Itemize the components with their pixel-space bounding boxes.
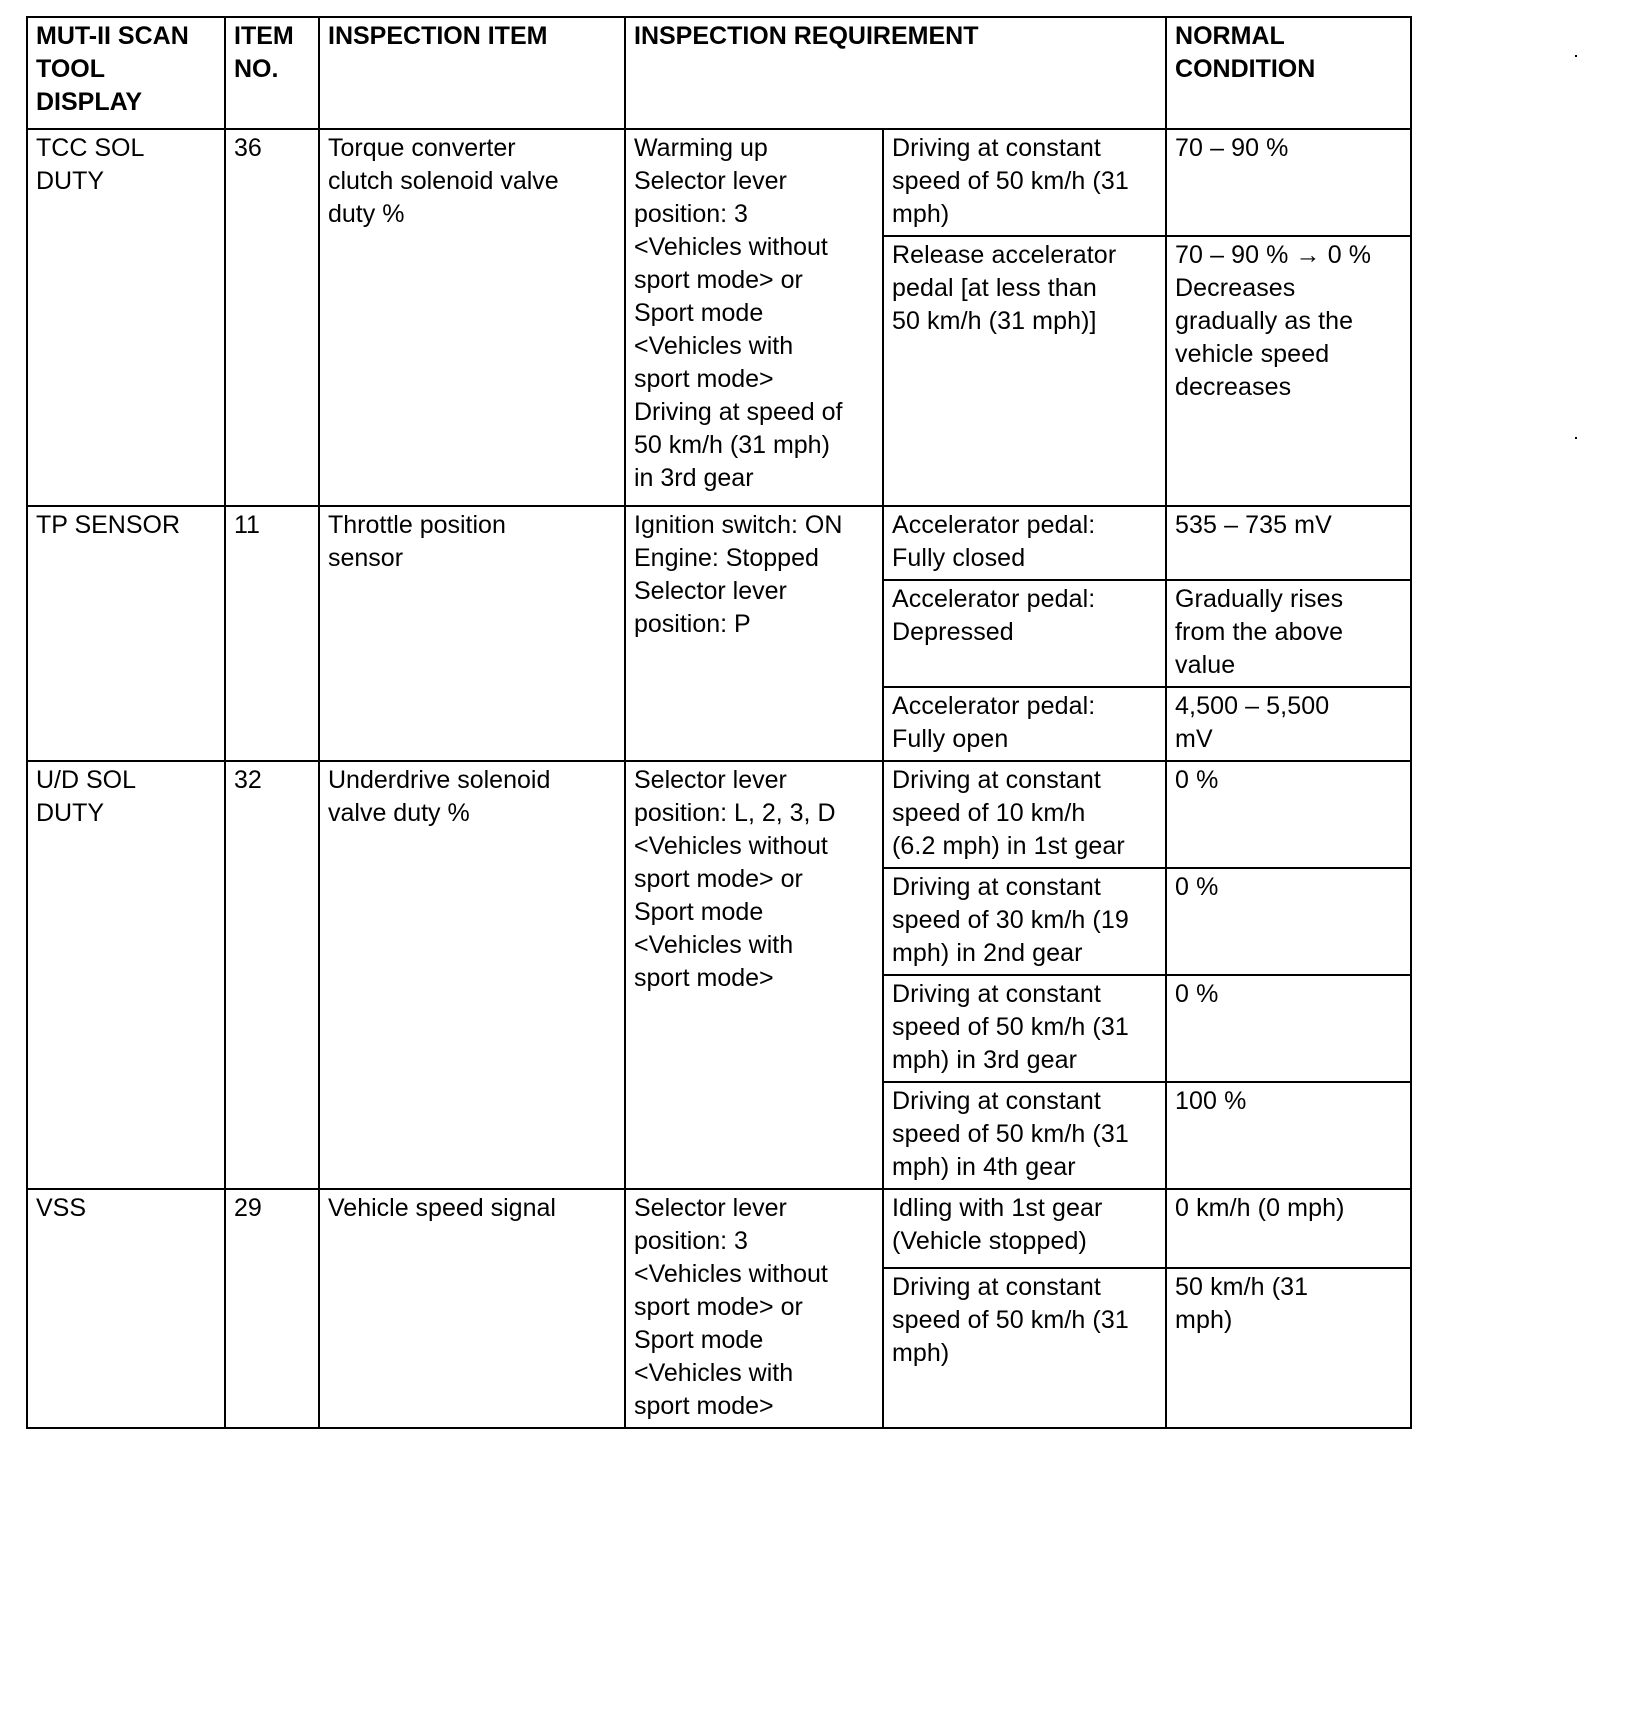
table-row: TP SENSOR 11 Throttle position sensor Ig… — [27, 506, 1411, 580]
cell-normal-condition: 0 % — [1166, 761, 1411, 868]
cell-display: VSS — [27, 1189, 225, 1428]
header-inspection-requirement: INSPECTION REQUIREMENT — [625, 17, 1166, 129]
cell-condition: Release accelerator pedal [at less than … — [883, 236, 1166, 506]
header-item-no: ITEM NO. — [225, 17, 319, 129]
cell-normal-condition: Gradually rises from the above value — [1166, 580, 1411, 687]
cell-normal-condition: 4,500 – 5,500 mV — [1166, 687, 1411, 761]
cell-condition: Driving at constant speed of 50 km/h (31… — [883, 975, 1166, 1082]
cell-requirement: Warming up Selector lever position: 3 <V… — [625, 129, 883, 506]
cell-normal-condition: 50 km/h (31 mph) — [1166, 1268, 1411, 1428]
cell-inspection-item: Throttle position sensor — [319, 506, 625, 761]
header-scan-tool-display: MUT-II SCAN TOOL DISPLAY — [27, 17, 225, 129]
cell-condition: Driving at constant speed of 50 km/h (31… — [883, 1082, 1166, 1189]
cell-condition: Accelerator pedal: Fully open — [883, 687, 1166, 761]
cell-normal-condition: 70 – 90 % — [1166, 129, 1411, 236]
cell-requirement: Ignition switch: ON Engine: Stopped Sele… — [625, 506, 883, 761]
cell-condition: Driving at constant speed of 50 km/h (31… — [883, 129, 1166, 236]
table-row: VSS 29 Vehicle speed signal Selector lev… — [27, 1189, 1411, 1268]
table-row: U/D SOL DUTY 32 Underdrive solenoid valv… — [27, 761, 1411, 868]
scan-artifact-dot — [1575, 55, 1577, 57]
cell-item-no: 32 — [225, 761, 319, 1189]
table-row: TCC SOL DUTY 36 Torque converter clutch … — [27, 129, 1411, 236]
cell-condition: Idling with 1st gear (Vehicle stopped) — [883, 1189, 1166, 1268]
cell-item-no: 36 — [225, 129, 319, 506]
cell-normal-condition: 100 % — [1166, 1082, 1411, 1189]
cell-condition: Driving at constant speed of 10 km/h (6.… — [883, 761, 1166, 868]
header-inspection-item: INSPECTION ITEM — [319, 17, 625, 129]
cell-normal-condition: 0 % — [1166, 975, 1411, 1082]
cell-display: TP SENSOR — [27, 506, 225, 761]
cell-condition: Driving at constant speed of 50 km/h (31… — [883, 1268, 1166, 1428]
cell-display: TCC SOL DUTY — [27, 129, 225, 506]
cell-item-no: 29 — [225, 1189, 319, 1428]
document-page: MUT-II SCAN TOOL DISPLAY ITEM NO. INSPEC… — [26, 16, 1412, 1429]
cell-normal-condition: 0 km/h (0 mph) — [1166, 1189, 1411, 1268]
cell-condition: Accelerator pedal: Depressed — [883, 580, 1166, 687]
cell-requirement: Selector lever position: 3 <Vehicles wit… — [625, 1189, 883, 1428]
inspection-table: MUT-II SCAN TOOL DISPLAY ITEM NO. INSPEC… — [26, 16, 1412, 1429]
header-normal-condition: NORMAL CONDITION — [1166, 17, 1411, 129]
scan-artifact-dot — [1575, 437, 1577, 439]
cell-display: U/D SOL DUTY — [27, 761, 225, 1189]
cell-normal-condition: 535 – 735 mV — [1166, 506, 1411, 580]
cell-normal-condition: 70 – 90 % → 0 % Decreases gradually as t… — [1166, 236, 1411, 506]
cell-condition: Accelerator pedal: Fully closed — [883, 506, 1166, 580]
cell-inspection-item: Underdrive solenoid valve duty % — [319, 761, 625, 1189]
cell-item-no: 11 — [225, 506, 319, 761]
table-header-row: MUT-II SCAN TOOL DISPLAY ITEM NO. INSPEC… — [27, 17, 1411, 129]
cell-normal-condition: 0 % — [1166, 868, 1411, 975]
cell-condition: Driving at constant speed of 30 km/h (19… — [883, 868, 1166, 975]
cell-inspection-item: Vehicle speed signal — [319, 1189, 625, 1428]
cell-requirement: Selector lever position: L, 2, 3, D <Veh… — [625, 761, 883, 1189]
cell-inspection-item: Torque converter clutch solenoid valve d… — [319, 129, 625, 506]
